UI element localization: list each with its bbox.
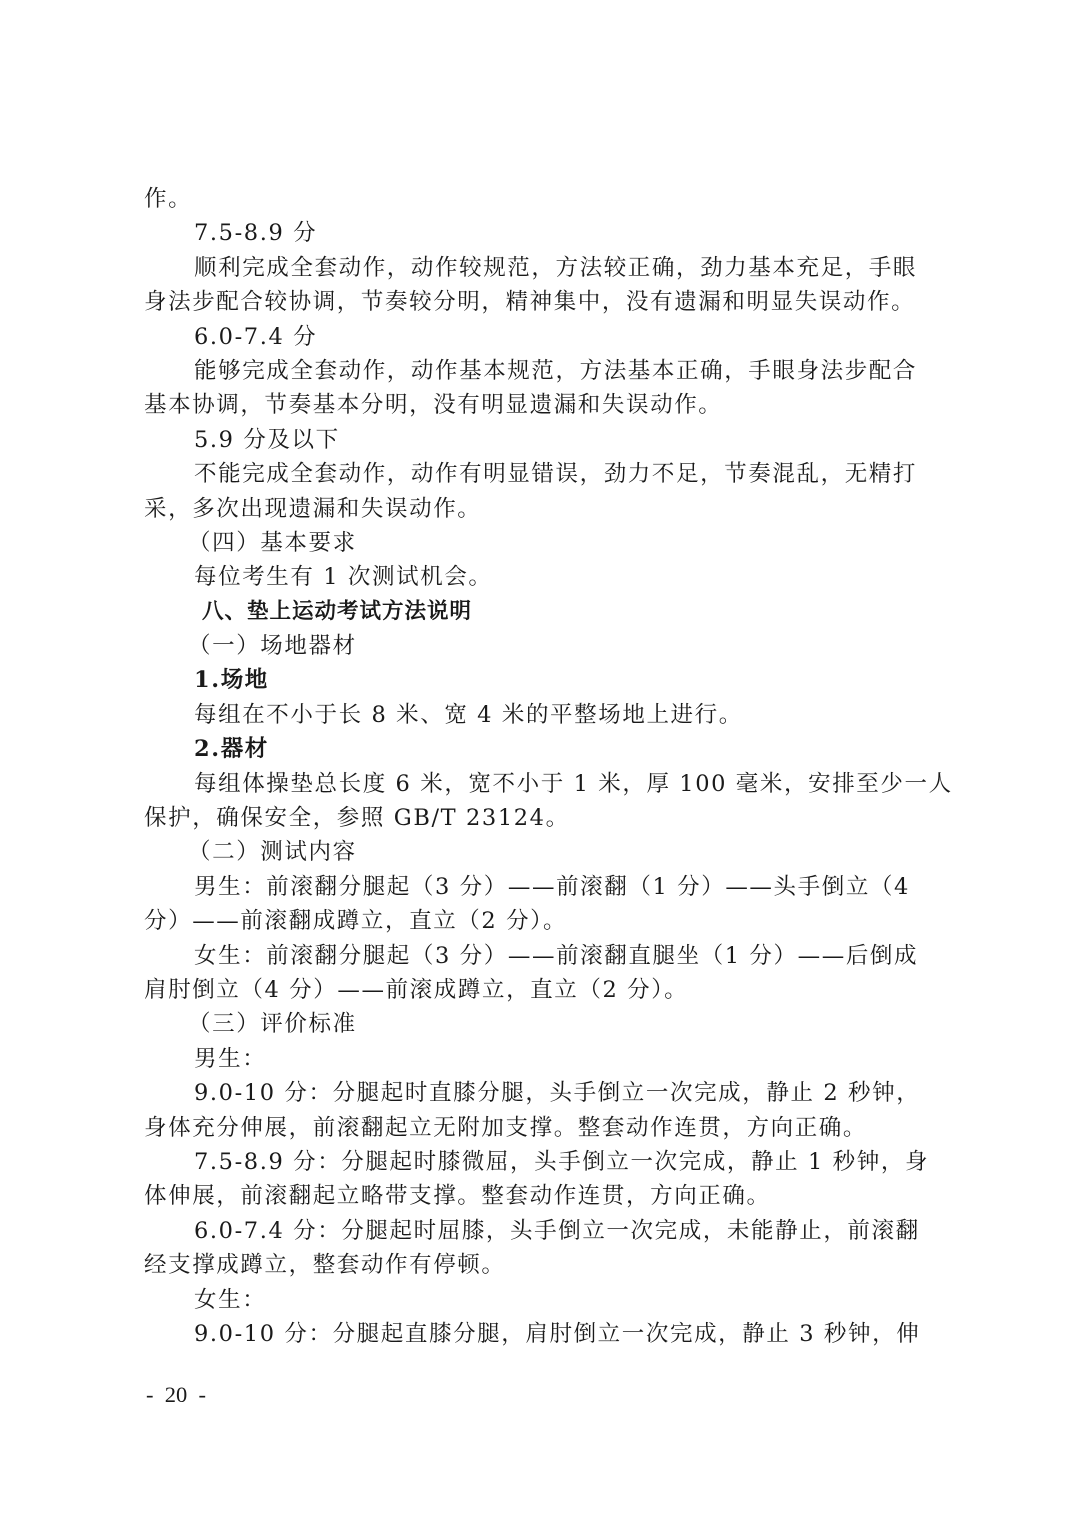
text-line: 基本协调，节奏基本分明，没有明显遗漏和失误动作。 — [144, 388, 942, 422]
page-number: - 20 - — [146, 1380, 206, 1410]
text-line: 分）——前滚翻成蹲立，直立（2 分）。 — [144, 904, 942, 938]
document-page: 作。 7.5-8.9 分 顺利完成全套动作，动作较规范，方法较正确，劲力基本充足… — [0, 0, 1080, 1528]
text-line: 每组在不小于长 8 米、宽 4 米的平整场地上进行。 — [144, 698, 942, 732]
gender-label: 男生： — [144, 1042, 942, 1076]
text-line: 不能完成全套动作，动作有明显错误，劲力不足，节奏混乱，无精打 — [144, 457, 942, 491]
text-line: 顺利完成全套动作，动作较规范，方法较正确，劲力基本充足，手眼 — [144, 251, 942, 285]
section-subtitle: （三）评价标准 — [144, 1007, 942, 1041]
text-line: 7.5-8.9 分：分腿起时膝微屈，头手倒立一次完成，静止 1 秒钟，身 — [144, 1145, 942, 1179]
score-range-label: 6.0-7.4 分 — [144, 320, 942, 354]
text-line: 每位考生有 1 次测试机会。 — [144, 560, 942, 594]
text-line: 作。 — [144, 182, 942, 216]
text-line: 男生：前滚翻分腿起（3 分）——前滚翻（1 分）——头手倒立（4 — [144, 870, 942, 904]
text-line: 6.0-7.4 分：分腿起时屈膝，头手倒立一次完成，未能静止，前滚翻 — [144, 1214, 942, 1248]
text-line: 身体充分伸展，前滚翻起立无附加支撑。整套动作连贯，方向正确。 — [144, 1111, 942, 1145]
numbered-subheading: 2.器材 — [144, 732, 942, 766]
section-subtitle: （二）测试内容 — [144, 835, 942, 869]
text-line: 肩肘倒立（4 分）——前滚成蹲立，直立（2 分）。 — [144, 973, 942, 1007]
text-line: 能够完成全套动作，动作基本规范，方法基本正确，手眼身法步配合 — [144, 354, 942, 388]
text-line: 体伸展，前滚翻起立略带支撑。整套动作连贯，方向正确。 — [144, 1179, 942, 1213]
numbered-subheading: 1.场地 — [144, 663, 942, 697]
score-range-label: 5.9 分及以下 — [144, 423, 942, 457]
text-line: 经支撑成蹲立，整套动作有停顿。 — [144, 1248, 942, 1282]
score-range-label: 7.5-8.9 分 — [144, 216, 942, 250]
section-heading: 八、垫上运动考试方法说明 — [144, 595, 942, 629]
text-line: 身法步配合较协调，节奏较分明，精神集中，没有遗漏和明显失误动作。 — [144, 285, 942, 319]
section-subtitle: （四）基本要求 — [144, 526, 942, 560]
text-line: 女生：前滚翻分腿起（3 分）——前滚翻直腿坐（1 分）——后倒成 — [144, 939, 942, 973]
section-subtitle: （一）场地器材 — [144, 629, 942, 663]
text-line: 保护，确保安全，参照 GB/T 23124。 — [144, 801, 942, 835]
document-body: 作。 7.5-8.9 分 顺利完成全套动作，动作较规范，方法较正确，劲力基本充足… — [144, 182, 942, 1351]
text-line: 9.0-10 分：分腿起直膝分腿，肩肘倒立一次完成，静止 3 秒钟，伸 — [144, 1317, 942, 1351]
gender-label: 女生： — [144, 1283, 942, 1317]
text-line: 采，多次出现遗漏和失误动作。 — [144, 492, 942, 526]
text-line: 9.0-10 分：分腿起时直膝分腿，头手倒立一次完成，静止 2 秒钟， — [144, 1076, 942, 1110]
text-line: 每组体操垫总长度 6 米，宽不小于 1 米，厚 100 毫米，安排至少一人 — [144, 767, 942, 801]
